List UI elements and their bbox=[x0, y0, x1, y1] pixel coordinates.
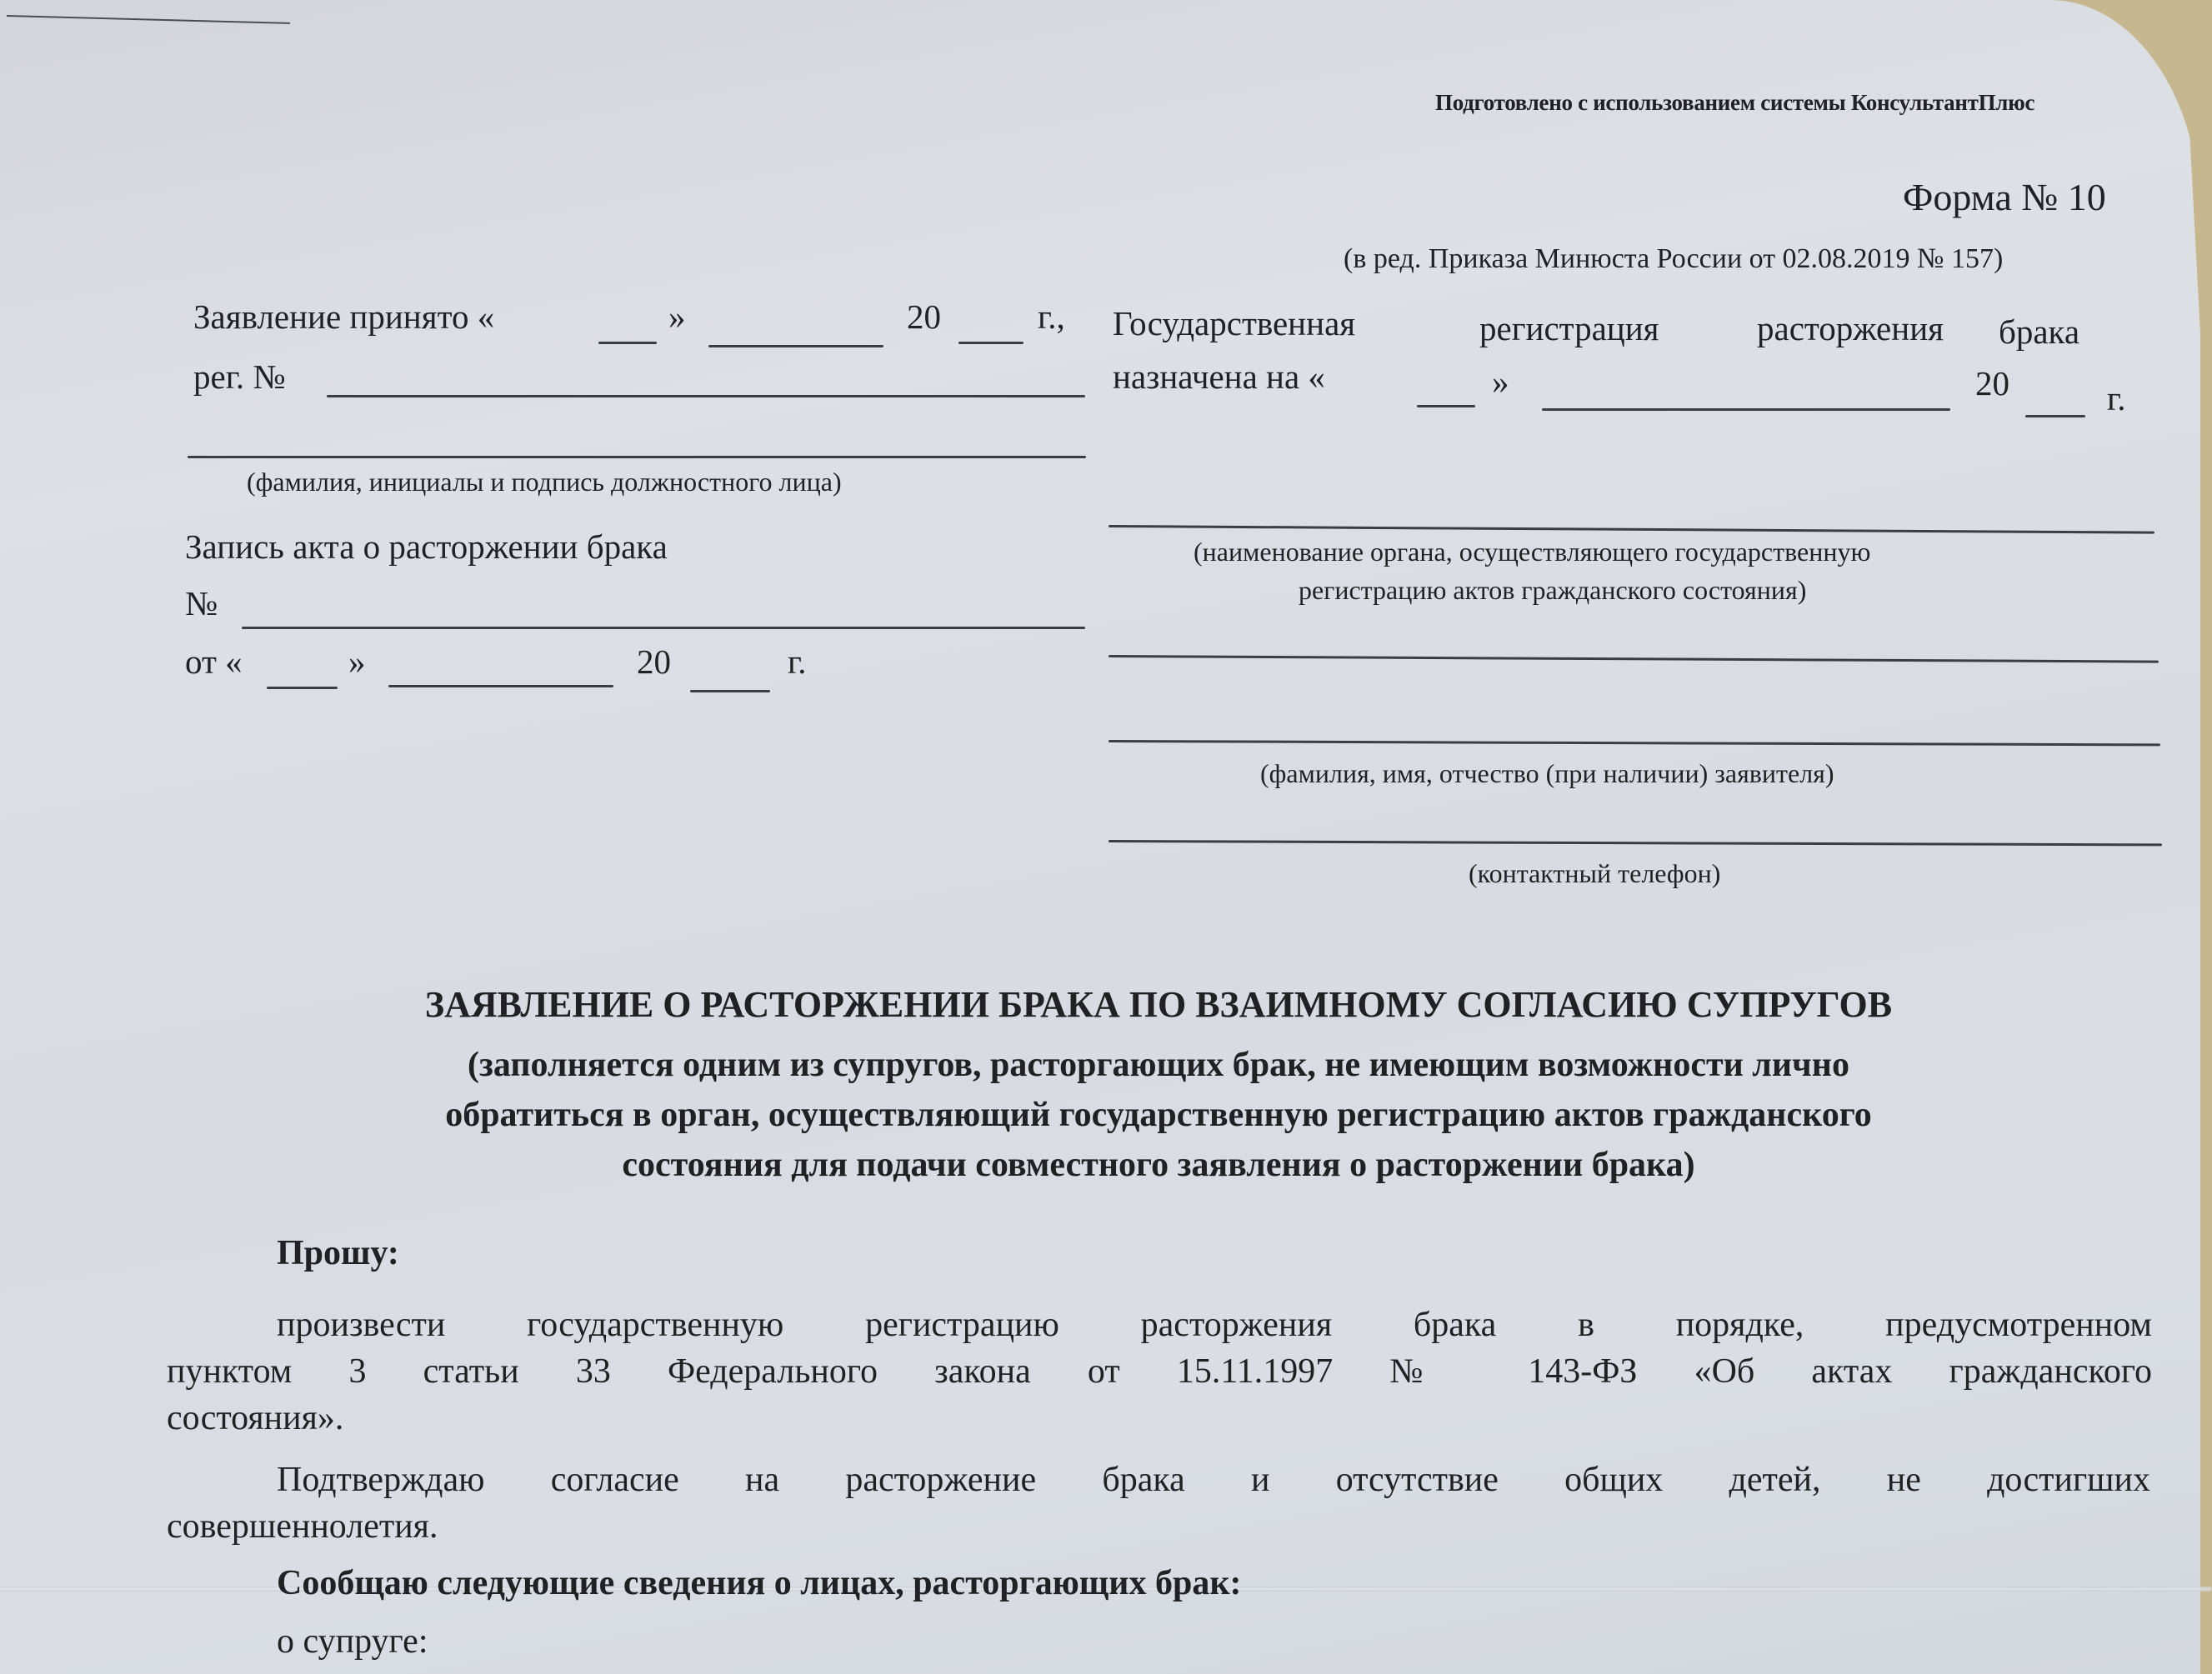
applicant-name-field-1[interactable] bbox=[1109, 655, 2159, 663]
accepted-year-field[interactable] bbox=[958, 342, 1023, 344]
stray-line bbox=[7, 15, 290, 24]
scheduled-year-prefix: 20 bbox=[1975, 363, 2009, 403]
document-page: Подготовлено с использованием системы Ко… bbox=[0, 0, 2200, 1674]
spouse-label: о супруге: bbox=[277, 1622, 428, 1662]
record-date-label: от « bbox=[185, 642, 243, 682]
info-heading: Сообщаю следующие сведения о лицах, раст… bbox=[277, 1563, 1242, 1603]
request-line2: пунктом 3 статьи 33 Федерального закона … bbox=[167, 1352, 2152, 1392]
consent-line2: совершеннолетия. bbox=[167, 1507, 438, 1547]
record-no-field[interactable] bbox=[242, 627, 1085, 629]
accepted-month-field[interactable] bbox=[708, 345, 883, 347]
prepared-note: Подготовлено с использованием системы Ко… bbox=[1435, 90, 2034, 116]
official-caption: (фамилия, инициалы и подпись должностног… bbox=[247, 467, 842, 497]
official-signature-field[interactable] bbox=[188, 456, 1086, 458]
document-title: ЗАЯВЛЕНИЕ О РАСТОРЖЕНИИ БРАКА ПО ВЗАИМНО… bbox=[150, 983, 2167, 1026]
reg-no-field[interactable] bbox=[327, 395, 1085, 397]
scheduled-close-quote: » bbox=[1492, 362, 1509, 402]
registration-word-1: Государственная bbox=[1113, 303, 1355, 343]
phone-field[interactable] bbox=[1109, 840, 2162, 846]
scheduled-day-field[interactable] bbox=[1417, 405, 1475, 407]
request-heading: Прошу: bbox=[277, 1233, 399, 1273]
applicant-name-field-2[interactable] bbox=[1109, 740, 2160, 746]
consent-line1: Подтверждаю согласие на расторжение брак… bbox=[277, 1460, 2150, 1500]
registration-word-3: расторжения bbox=[1757, 308, 1944, 348]
scheduled-label: назначена на « bbox=[1113, 357, 1325, 397]
reg-no-label: рег. № bbox=[193, 357, 286, 397]
registration-word-4: брака bbox=[1999, 312, 2079, 352]
record-no-label: № bbox=[185, 583, 218, 623]
request-line1: произвести государственную регистрацию р… bbox=[277, 1305, 2152, 1345]
scheduled-month-field[interactable] bbox=[1542, 408, 1950, 411]
accepted-label: Заявление принято « bbox=[193, 297, 494, 337]
record-year-suffix: г. bbox=[788, 642, 806, 682]
edition-note: (в ред. Приказа Минюста России от 02.08.… bbox=[1344, 243, 2003, 275]
applicant-caption: (фамилия, имя, отчество (при наличии) за… bbox=[1260, 758, 1834, 789]
request-line3: состояния». bbox=[167, 1398, 343, 1438]
scheduled-year-suffix: г. bbox=[2107, 378, 2125, 418]
title-sub-line2: обратиться в орган, осуществляющий госуд… bbox=[150, 1090, 2167, 1140]
scheduled-year-field[interactable] bbox=[2025, 415, 2085, 417]
record-label: Запись акта о расторжении брака bbox=[185, 527, 668, 567]
record-month-field[interactable] bbox=[388, 685, 613, 687]
phone-caption: (контактный телефон) bbox=[1469, 858, 1720, 889]
authority-field[interactable] bbox=[1109, 525, 2154, 534]
record-day-field[interactable] bbox=[267, 687, 338, 689]
title-sub-line1: (заполняется одним из супругов, расторга… bbox=[150, 1040, 2167, 1090]
record-year-field[interactable] bbox=[690, 690, 770, 692]
accepted-close-quote: » bbox=[668, 297, 686, 337]
record-close-quote: » bbox=[348, 642, 366, 682]
record-year-prefix: 20 bbox=[637, 642, 671, 682]
accepted-year-prefix: 20 bbox=[907, 297, 941, 337]
title-sub-line3: состояния для подачи совместного заявлен… bbox=[433, 1140, 1884, 1190]
accepted-day-field[interactable] bbox=[598, 342, 657, 344]
registration-word-2: регистрация bbox=[1479, 308, 1659, 348]
authority-caption-line1: (наименование органа, осуществляющего го… bbox=[1194, 537, 1870, 567]
form-number: Форма № 10 bbox=[1903, 175, 2106, 219]
authority-caption-line2: регистрацию актов гражданского состояния… bbox=[1299, 575, 1806, 606]
accepted-year-suffix: г., bbox=[1038, 297, 1065, 337]
